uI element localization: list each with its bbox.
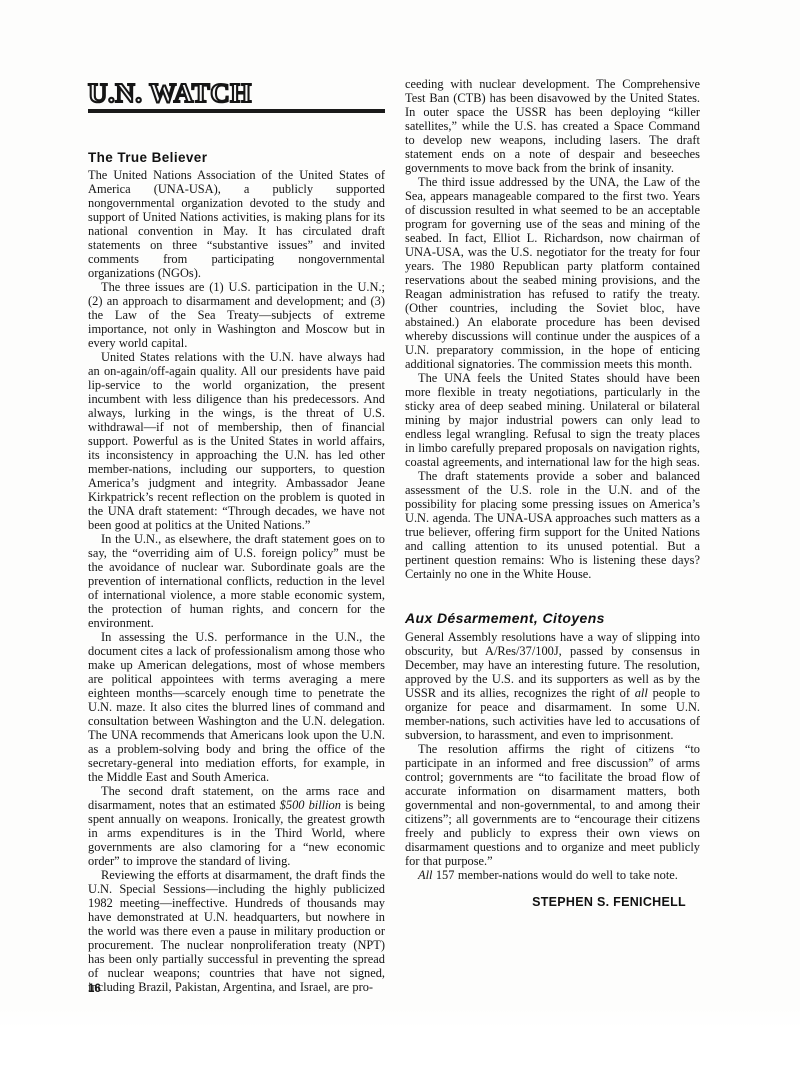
article-columns: U.N. WATCH The True Believer The United … [88,0,700,994]
left-column: U.N. WATCH The True Believer The United … [88,0,385,994]
paragraph-text: 157 member-nations would do well to take… [432,868,677,882]
italic-phrase: All [418,868,432,882]
page-number: 16 [88,983,101,995]
article-paragraph: The resolution affirms the right of citi… [405,742,700,868]
right-column: ceeding with nuclear development. The Co… [405,0,700,994]
article-paragraph: The draft statements provide a sober and… [405,469,700,581]
article-paragraph: In the U.N., as elsewhere, the draft sta… [88,532,385,630]
article-paragraph: All 157 member-nations would do well to … [405,868,700,882]
article-paragraph: United States relations with the U.N. ha… [88,350,385,532]
article-paragraph: Reviewing the efforts at disarmament, th… [88,868,385,994]
byline: STEPHEN S. FENICHELL [405,895,700,909]
article-paragraph: The second draft statement, on the arms … [88,784,385,868]
article-paragraph: The United Nations Association of the Un… [88,168,385,280]
article-heading-aux-desarmement: Aux Désarmement, Citoyens [405,610,700,626]
article-paragraph: The three issues are (1) U.S. participat… [88,280,385,350]
section-header: U.N. WATCH [88,81,385,113]
section-title: U.N. WATCH [88,81,385,106]
article-paragraph: The UNA feels the United States should h… [405,371,700,469]
italic-phrase: $500 billion [280,798,341,812]
header-rule [88,109,385,113]
article-paragraph: In assessing the U.S. performance in the… [88,630,385,784]
article-paragraph: ceeding with nuclear development. The Co… [405,77,700,175]
article-heading-true-believer: The True Believer [88,150,385,165]
magazine-page: U.N. WATCH The True Believer The United … [0,0,800,1083]
article-paragraph: The third issue addressed by the UNA, th… [405,175,700,371]
italic-phrase: all [635,686,648,700]
article-paragraph: General Assembly resolutions have a way … [405,630,700,742]
